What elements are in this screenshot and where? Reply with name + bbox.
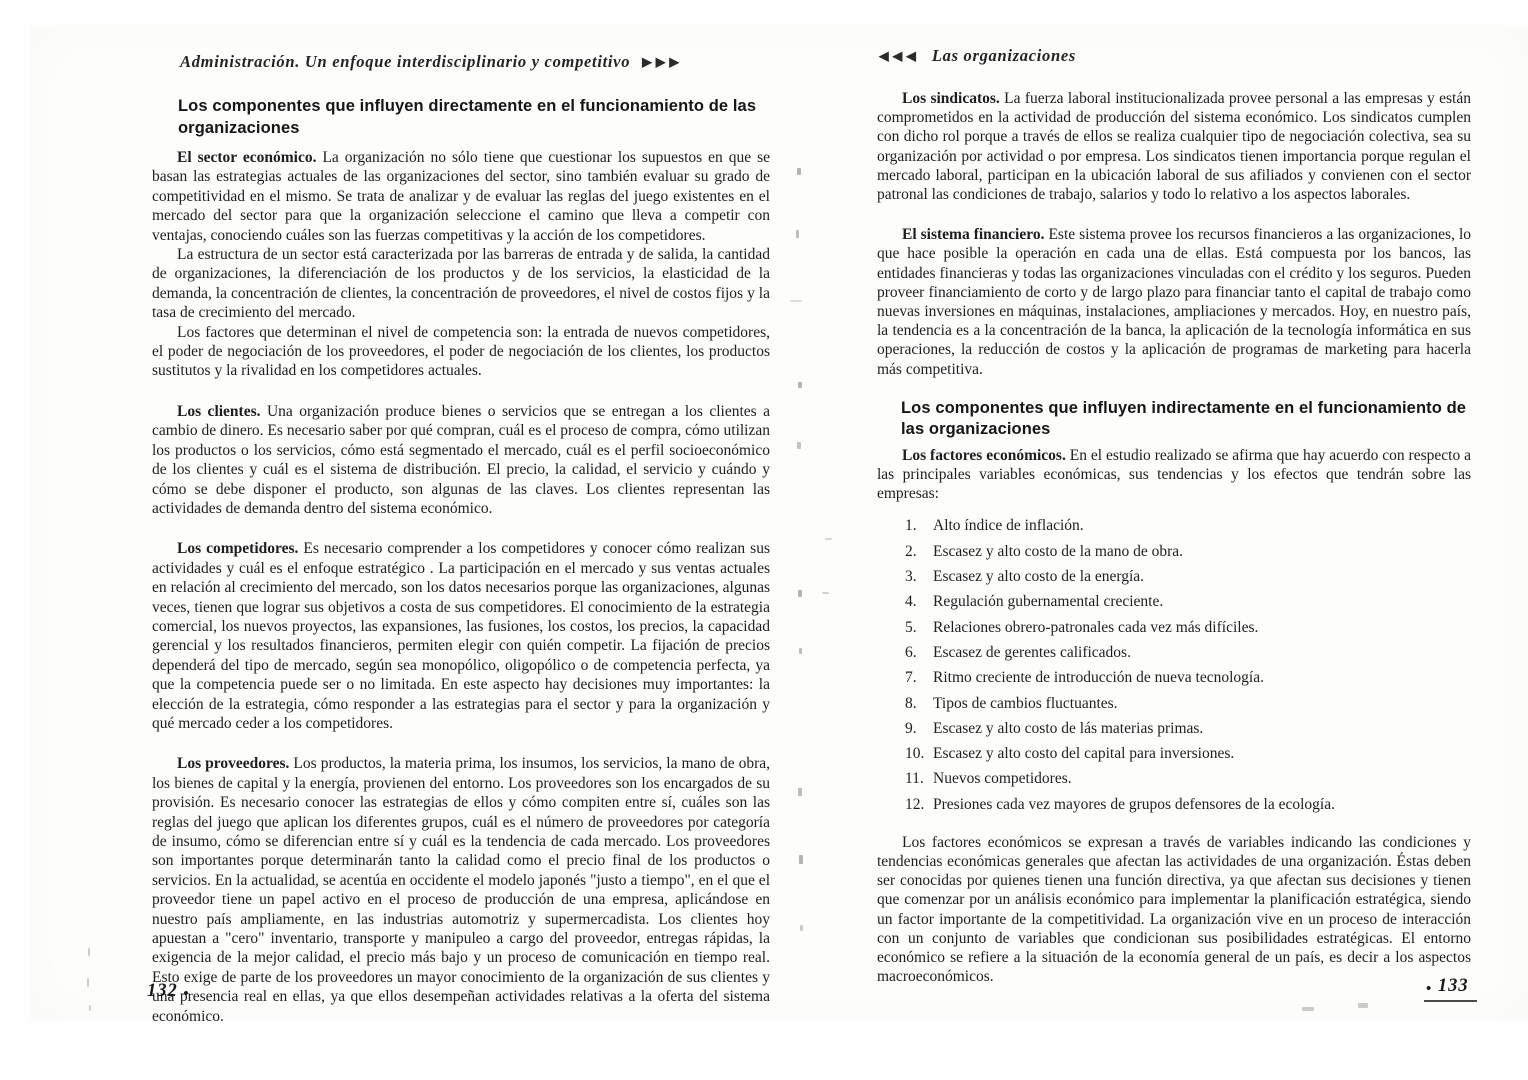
list-item-text: Relaciones obrero-patronales cada vez má… xyxy=(933,618,1471,637)
list-item-text: Escasez y alto costo de lás materias pri… xyxy=(933,719,1471,738)
list-item: 9.Escasez y alto costo de lás materias p… xyxy=(905,719,1471,738)
list-item: 1.Alto índice de inflación. xyxy=(905,516,1471,535)
page-number-value: 133 xyxy=(1438,976,1469,996)
scan-artifact xyxy=(822,592,829,594)
scan-artifact xyxy=(800,925,803,931)
list-item-text: Escasez y alto costo de la mano de obra. xyxy=(933,542,1471,561)
paragraph-text: Los factores que determinan el nivel de … xyxy=(152,324,770,380)
paragraph-sector-economico: El sector económico. La organización no … xyxy=(152,148,770,245)
list-item: 8.Tipos de cambios fluctuantes. xyxy=(905,694,1471,713)
list-item-number: 10. xyxy=(905,744,933,763)
list-item-text: Ritmo creciente de introducción de nueva… xyxy=(933,668,1471,687)
scan-artifact xyxy=(790,300,802,302)
list-item-number: 7. xyxy=(905,668,933,687)
paragraph-factores-economicos: Los factores económicos. En el estudio r… xyxy=(877,446,1471,504)
list-item: 5.Relaciones obrero-patronales cada vez … xyxy=(905,618,1471,637)
scan-artifact xyxy=(799,648,802,654)
list-item-number: 9. xyxy=(905,719,933,738)
list-item: 2.Escasez y alto costo de la mano de obr… xyxy=(905,542,1471,561)
scan-artifact xyxy=(798,382,802,388)
forward-arrows-icon: ▶▶▶ xyxy=(642,54,683,70)
paragraph-lead: Los sindicatos. xyxy=(902,90,1000,107)
paragraph-estructura-sector: La estructura de un sector está caracter… xyxy=(152,245,770,323)
left-running-head-title: Administración. Un enfoque interdiscipli… xyxy=(180,52,630,72)
scan-artifact xyxy=(797,442,801,449)
list-item: 6.Escasez de gerentes calificados. xyxy=(905,643,1471,662)
list-item: 12.Presiones cada vez mayores de grupos … xyxy=(905,795,1471,814)
list-item-number: 2. xyxy=(905,542,933,561)
list-item-text: Regulación gubernamental creciente. xyxy=(933,592,1471,611)
folio-dot-icon: • xyxy=(1426,981,1432,997)
scan-artifact xyxy=(825,538,832,540)
left-page: Administración. Un enfoque interdiscipli… xyxy=(152,52,770,1026)
folio-dot-icon: • xyxy=(183,986,189,1002)
paragraph-competidores: Los competidores. Es necesario comprende… xyxy=(152,539,770,733)
right-running-head-title: Las organizaciones xyxy=(932,46,1076,66)
list-item-text: Tipos de cambios fluctuantes. xyxy=(933,694,1471,713)
paragraph-text: La estructura de un sector está caracter… xyxy=(152,246,770,321)
section-heading-indirect: Los componentes que influyen indirectame… xyxy=(901,398,1467,441)
scan-artifact xyxy=(799,855,803,864)
paragraph-lead: Los competidores. xyxy=(177,540,298,557)
scan-artifact xyxy=(798,590,802,597)
list-item: 11.Nuevos competidores. xyxy=(905,769,1471,788)
scan-artifact xyxy=(89,1005,91,1011)
list-item: 3.Escasez y alto costo de la energía. xyxy=(905,567,1471,586)
right-running-head: ◀◀◀ Las organizaciones xyxy=(877,46,1471,66)
paragraph-lead: El sector económico. xyxy=(177,149,316,166)
list-item-text: Alto índice de inflación. xyxy=(933,516,1471,535)
list-item-number: 4. xyxy=(905,592,933,611)
paragraph-text: Los factores económicos se expresan a tr… xyxy=(877,834,1471,985)
left-running-head: Administración. Un enfoque interdiscipli… xyxy=(152,52,770,72)
paragraph-factores-competencia: Los factores que determinan el nivel de … xyxy=(152,323,770,381)
list-item-number: 3. xyxy=(905,567,933,586)
scan-artifact xyxy=(796,230,799,238)
paragraph-clientes: Los clientes. Una organización produce b… xyxy=(152,402,770,518)
scan-artifact xyxy=(87,978,89,987)
paragraph-sistema-financiero: El sistema financiero. Este sistema prov… xyxy=(877,225,1471,379)
back-arrows-icon: ◀◀◀ xyxy=(879,48,920,64)
list-item-number: 11. xyxy=(905,769,933,788)
paragraph-text: Es necesario comprender a los competidor… xyxy=(152,540,770,732)
list-item-number: 1. xyxy=(905,516,933,535)
scan-artifact xyxy=(88,948,90,956)
paragraph-lead: Los proveedores. xyxy=(177,755,289,772)
list-item-text: Nuevos competidores. xyxy=(933,769,1471,788)
list-item-text: Escasez de gerentes calificados. xyxy=(933,643,1471,662)
page-number-right: • 133 xyxy=(1424,976,1477,1002)
paragraph-text: Este sistema provee los recursos financi… xyxy=(877,226,1471,377)
section-heading-direct: Los componentes que influyen directament… xyxy=(178,96,764,139)
list-item: 4.Regulación gubernamental creciente. xyxy=(905,592,1471,611)
list-item-text: Presiones cada vez mayores de grupos def… xyxy=(933,795,1471,814)
page-number-value: 132 xyxy=(147,981,178,1001)
paragraph-lead: El sistema financiero. xyxy=(902,226,1044,243)
page-number-left: 132 • xyxy=(147,981,190,1002)
list-item: 10.Escasez y alto costo del capital para… xyxy=(905,744,1471,763)
list-item-text: Escasez y alto costo del capital para in… xyxy=(933,744,1471,763)
scan-artifact xyxy=(1358,1003,1368,1008)
book-scan: Administración. Un enfoque interdiscipli… xyxy=(0,0,1528,1080)
paragraph-closing: Los factores económicos se expresan a tr… xyxy=(877,833,1471,987)
paragraph-sindicatos: Los sindicatos. La fuerza laboral instit… xyxy=(877,89,1471,204)
paragraph-text: Los productos, la materia prima, los ins… xyxy=(152,755,770,1024)
paragraph-lead: Los clientes. xyxy=(177,403,261,420)
scan-artifact xyxy=(798,788,802,796)
right-page: ◀◀◀ Las organizaciones Los sindicatos. L… xyxy=(877,46,1471,986)
list-item-number: 5. xyxy=(905,618,933,637)
paragraph-lead: Los factores económicos. xyxy=(902,447,1066,464)
list-item-text: Escasez y alto costo de la energía. xyxy=(933,567,1471,586)
scan-artifact xyxy=(1302,1007,1314,1011)
list-item-number: 12. xyxy=(905,795,933,814)
list-item-number: 6. xyxy=(905,643,933,662)
list-item-number: 8. xyxy=(905,694,933,713)
economic-factors-list: 1.Alto índice de inflación. 2.Escasez y … xyxy=(905,516,1471,813)
paragraph-proveedores: Los proveedores. Los productos, la mater… xyxy=(152,754,770,1026)
list-item: 7.Ritmo creciente de introducción de nue… xyxy=(905,668,1471,687)
scan-artifact xyxy=(797,168,801,175)
